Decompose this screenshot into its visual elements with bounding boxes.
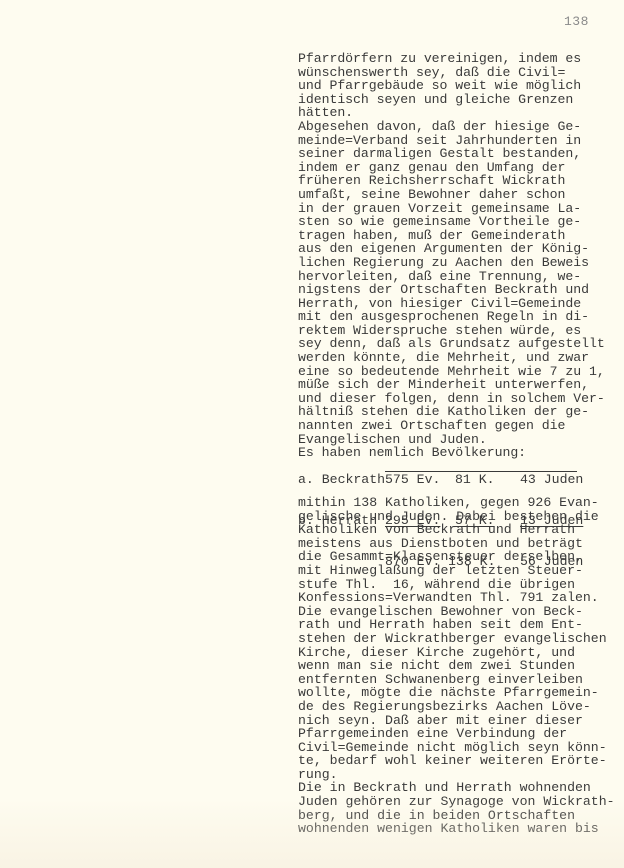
- text-line: Evangelischen und Juden.: [298, 433, 605, 447]
- text-line: meistens aus Dienstboten und beträgt: [298, 537, 615, 551]
- text-line: stufe Thl. 16, während die übrigen: [298, 578, 615, 592]
- paragraph-1: Pfarrdörfern zu vereinigen, indem eswüns…: [298, 52, 605, 460]
- text-line: stehen der Wickrathberger evangelischen: [298, 632, 615, 646]
- text-line: hältniß stehen die Katholiken der ge-: [298, 405, 605, 419]
- text-line: die Gesammt=Klassensteuer derselben,: [298, 550, 615, 564]
- catholic-count: 81 K.: [455, 473, 495, 487]
- text-line: Kirche, dieser Kirche zugehört, und: [298, 646, 615, 660]
- row-label: a. Beckrath: [298, 473, 385, 487]
- text-line: te, bedarf wohl keiner weiteren Erörte-: [298, 754, 615, 768]
- text-line: mit Hinweglaßung der letzten Steuer-: [298, 564, 615, 578]
- text-line: Katholiken von Beckrath und Herrath: [298, 523, 615, 537]
- jewish-count: 43 Juden: [520, 473, 583, 487]
- text-line: meinde=Verband seit Jahrhunderten in: [298, 134, 605, 148]
- paragraph-2: mithin 138 Katholiken, gegen 926 Evan-ge…: [298, 496, 615, 836]
- text-line: nannten zwei Ortschaften gegen die: [298, 419, 605, 433]
- text-line: lichen Regierung zu Aachen den Beweis: [298, 256, 605, 270]
- text-line: Herrath, von hiesiger Civil=Gemeinde: [298, 297, 605, 311]
- text-line: Die in Beckrath und Herrath wohnenden: [298, 781, 615, 795]
- text-line: hätten.: [298, 106, 605, 120]
- text-line: nigstens der Ortschaften Beckrath und: [298, 283, 605, 297]
- text-line: wollte, mögte die nächste Pfarrgemein-: [298, 686, 615, 700]
- text-line: rath und Herrath haben seit dem Ent-: [298, 618, 615, 632]
- text-line: wünschenswerth sey, daß die Civil=: [298, 66, 605, 80]
- text-line: eine so bedeutende Mehrheit wie 7 zu 1,: [298, 365, 605, 379]
- text-line: de des Regierungsbezirks Aachen Löve-: [298, 700, 615, 714]
- text-line: müße sich der Minderheit unterwerfen,: [298, 378, 605, 392]
- text-line: werden könnte, die Mehrheit, und zwar: [298, 351, 605, 365]
- evangelical-count: 575 Ev.: [385, 473, 440, 487]
- text-line: hervorleiten, daß eine Trennung, we-: [298, 270, 605, 284]
- text-line: Abgesehen davon, daß der hiesige Ge-: [298, 120, 605, 134]
- text-line: entfernten Schwanenberg einverleiben: [298, 673, 615, 687]
- page-stain: [0, 798, 624, 868]
- text-line: identisch seyen und gleiche Grenzen: [298, 93, 605, 107]
- text-line: und dieser folgen, denn in solchem Ver-: [298, 392, 605, 406]
- text-line: Pfarrgemeinden eine Verbindung der: [298, 727, 615, 741]
- text-line: sey denn, daß als Grundsatz aufgestellt: [298, 337, 605, 351]
- text-line: mit den ausgesprochenen Regeln in di-: [298, 310, 605, 324]
- sum-divider: [385, 471, 577, 472]
- table-row-beckrath: a. Beckrath 575 Ev. 81 K. 43 Juden: [298, 473, 330, 487]
- text-line: tragen haben, muß der Gemeinderath: [298, 229, 605, 243]
- text-line: Die evangelischen Bewohner von Beck-: [298, 605, 615, 619]
- text-line: gelische und Juden. Dabei bestehen die: [298, 510, 615, 524]
- text-line: rektem Widerspruche stehen würde, es: [298, 324, 605, 338]
- page-number: 138: [564, 14, 589, 29]
- text-line: aus den eigenen Argumenten der König-: [298, 242, 605, 256]
- text-line: in der grauen Vorzeit gemeinsame La-: [298, 202, 605, 216]
- text-line: Konfessions=Verwandten Thl. 791 zalen.: [298, 591, 615, 605]
- text-line: umfaßt, seine Bewohner daher schon: [298, 188, 605, 202]
- text-line: Civil=Gemeinde nicht möglich seyn könn-: [298, 741, 615, 755]
- text-line: mithin 138 Katholiken, gegen 926 Evan-: [298, 496, 615, 510]
- text-line: indem er ganz genau den Umfang der: [298, 161, 605, 175]
- text-line: und Pfarrgebäude so weit wie möglich: [298, 79, 605, 93]
- text-line: früheren Reichsherrschaft Wickrath: [298, 174, 605, 188]
- text-line: rung.: [298, 768, 615, 782]
- text-line: Pfarrdörfern zu vereinigen, indem es: [298, 52, 605, 66]
- text-line: sten so wie gemeinsame Vortheile ge-: [298, 215, 605, 229]
- text-line: nich seyn. Daß aber mit einer dieser: [298, 714, 615, 728]
- text-line: Es haben nemlich Bevölkerung:: [298, 446, 605, 460]
- text-line: seiner darmaligen Gestalt bestanden,: [298, 147, 605, 161]
- text-line: wenn man sie nicht dem zwei Stunden: [298, 659, 615, 673]
